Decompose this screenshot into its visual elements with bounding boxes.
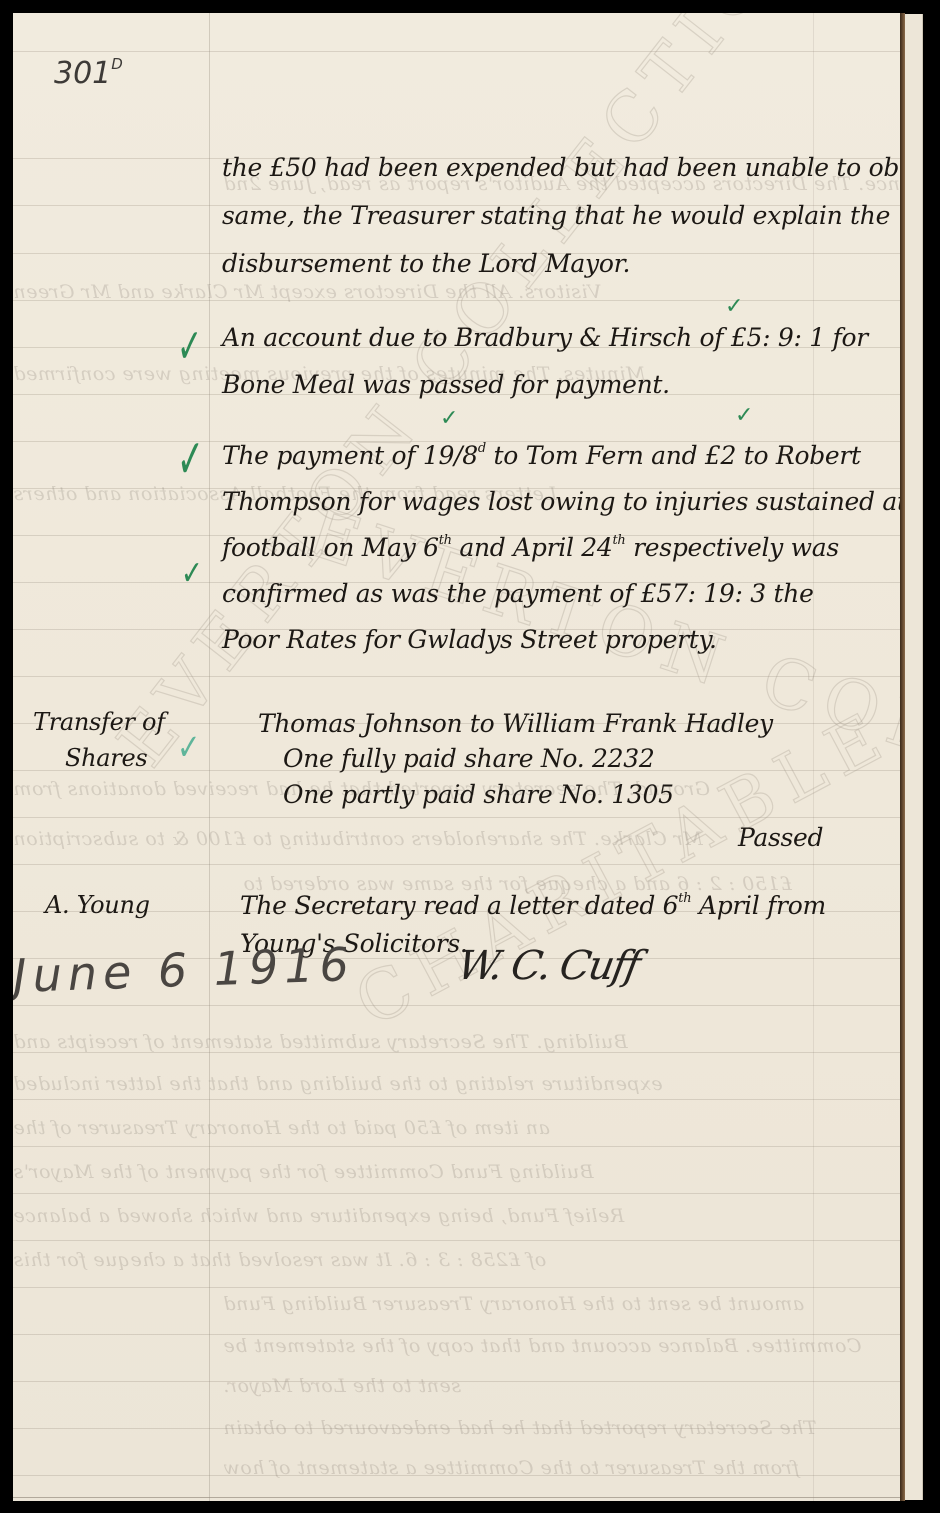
minute-line: Poor Rates for Gwladys Street property. (222, 625, 717, 654)
check-mark-icon: ✓ (177, 432, 204, 486)
ruled-line (13, 51, 901, 52)
bleed-through-text: Mr Clarke. The shareholders contributing… (13, 828, 703, 850)
folio-suffix: D (111, 55, 123, 73)
ruled-line (13, 1146, 901, 1147)
minute-line: Thompson for wages lost owing to injurie… (222, 487, 901, 516)
share-item: One fully paid share No. 2232 (283, 744, 654, 773)
bleed-through-text: Relief Fund, being expenditure and which… (13, 1205, 624, 1227)
check-mark-icon: ✓ (440, 408, 458, 430)
ruled-line (13, 1240, 901, 1241)
ruled-line (13, 1099, 901, 1100)
ledger-page: Finance. The Directors accepted the Audi… (13, 13, 901, 1501)
bleed-through-text: sent to the Lord Mayor. (223, 1375, 461, 1397)
minute-line: Bone Meal was passed for payment. (222, 370, 670, 399)
ruled-line (13, 864, 901, 865)
margin-rule (209, 13, 210, 1501)
bleed-through-text: Building. The Secretary submitted statem… (13, 1031, 628, 1053)
check-mark-icon: ✓ (177, 730, 200, 766)
minute-line: the £50 had been expended but had been u… (222, 153, 901, 182)
page-bottom-edge (13, 1497, 901, 1498)
folio-number: 301D (54, 55, 123, 91)
check-mark-icon: ✓ (725, 296, 743, 318)
check-mark-icon: ✓ (181, 557, 203, 591)
bleed-through-text: The Secretary reported that he had endea… (223, 1417, 817, 1439)
share-item: One partly paid share No. 1305 (283, 780, 674, 809)
ruled-line (13, 817, 901, 818)
signoff-date: June 6 1916 (13, 937, 356, 1003)
minute-line: An account due to Bradbury & Hirsch of £… (222, 323, 868, 352)
transfer-parties: Thomas Johnson to William Frank Hadley (258, 709, 773, 738)
minute-line: confirmed as was the payment of £57: 19:… (222, 579, 814, 608)
minute-line: football on May 6th and April 24th respe… (222, 533, 839, 562)
superscript: d (478, 441, 486, 456)
check-mark-icon: ✓ (177, 324, 202, 372)
bleed-through-text: of £258 : 3 : 6. It was resolved that a … (13, 1249, 546, 1271)
superscript: th (613, 533, 626, 548)
folio-value: 301 (54, 56, 111, 91)
chairman-signature: W. C. Cuff (454, 943, 642, 989)
text-run: The Secretary read a letter dated 6 (240, 891, 678, 920)
margin-heading: Transfer of (33, 708, 165, 736)
text-run: April from (691, 891, 826, 920)
minute-line: The Secretary read a letter dated 6th Ap… (240, 891, 826, 920)
text-run: to Tom Fern and £2 to Robert (486, 441, 861, 470)
resolution-outcome: Passed (738, 823, 823, 852)
text-run: and April 24 (452, 533, 613, 562)
ruled-line (13, 1287, 901, 1288)
ruled-line (13, 1193, 901, 1194)
bleed-through-text: Building Fund Committee for the payment … (13, 1161, 594, 1183)
ruled-line (13, 1005, 901, 1006)
minute-line: disbursement to the Lord Mayor. (222, 249, 630, 278)
bleed-through-text: an item of £50 paid to the Honorary Trea… (13, 1117, 550, 1139)
bleed-through-text: Committee. Balance account and that copy… (223, 1335, 861, 1357)
right-column-rule (813, 13, 814, 1501)
check-mark-icon: ✓ (735, 405, 753, 427)
bleed-through-text: amount be sent to the Honorary Treasurer… (223, 1293, 804, 1315)
ruled-line (13, 676, 901, 677)
superscript: th (439, 533, 452, 548)
margin-heading: Shares (65, 744, 147, 772)
bleed-through-text: expenditure relating to the building and… (13, 1073, 663, 1095)
bleed-through-text: from the Treasurer to the Committee a st… (223, 1457, 799, 1479)
next-page-edge (905, 14, 923, 1500)
minute-line: The payment of 19/8d to Tom Fern and £2 … (222, 441, 861, 470)
margin-heading: A. Young (45, 891, 150, 919)
text-run: The payment of 19/8 (222, 441, 478, 470)
superscript: th (678, 891, 691, 906)
text-run: football on May 6 (222, 533, 439, 562)
text-run: respectively was (626, 533, 839, 562)
minute-line: same, the Treasurer stating that he woul… (222, 201, 890, 230)
bleed-through-text: Visitors. All the Directors except Mr Cl… (13, 281, 601, 303)
